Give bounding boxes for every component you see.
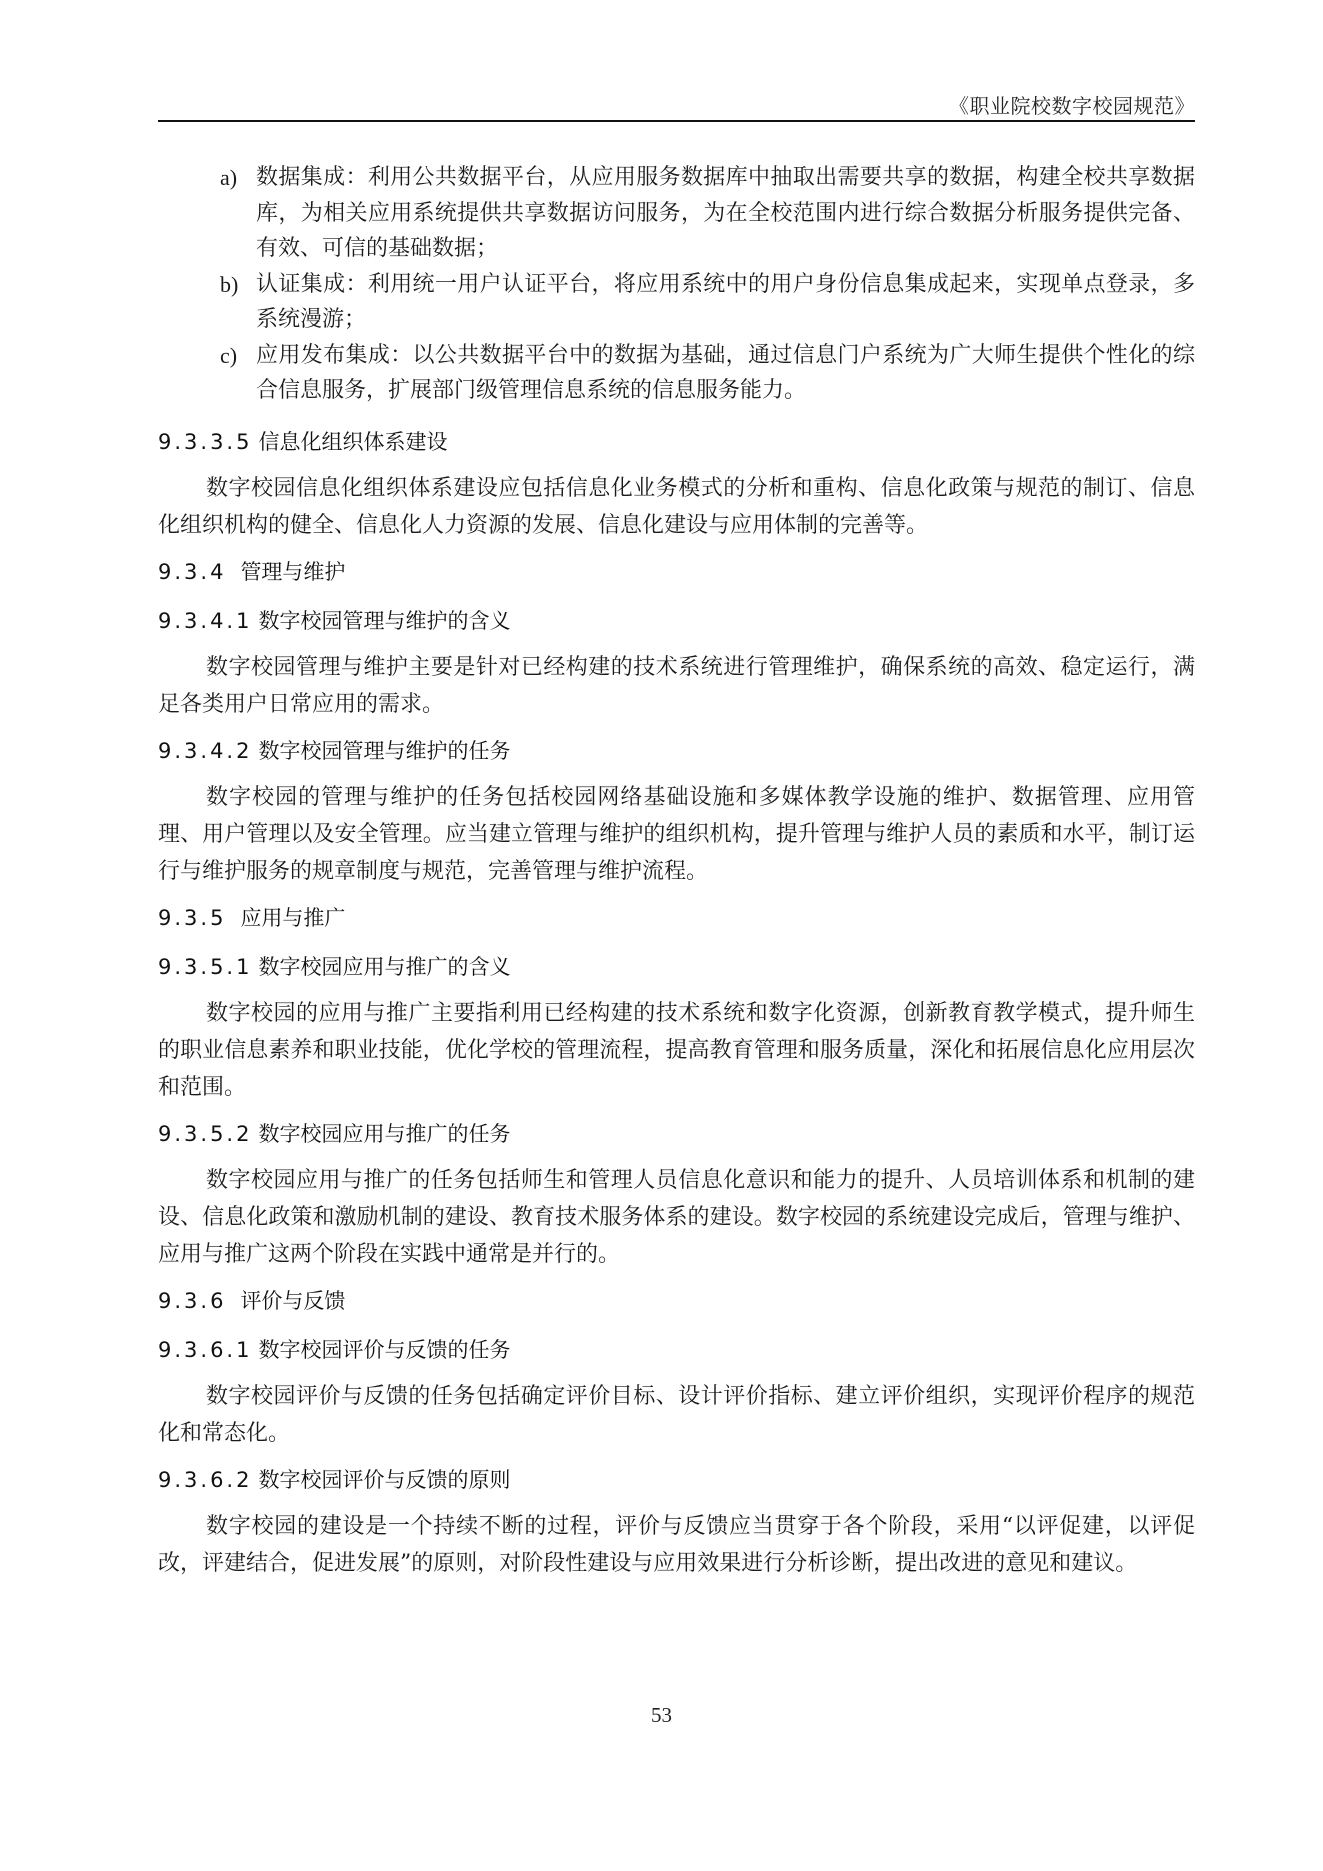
section-heading-9-3-5-2: 9.3.5.2数字校园应用与推广的任务: [158, 1119, 1195, 1149]
list-item-text: 应用发布集成：以公共数据平台中的数据为基础，通过信息门户系统为广大师生提供个性化…: [256, 343, 1195, 404]
section-number: 9.3.4.1: [158, 606, 252, 636]
section-number: 9.3.3.5: [158, 427, 252, 457]
section-paragraph: 数字校园信息化组织体系建设应包括信息化业务模式的分析和重构、信息化政策与规范的制…: [158, 470, 1195, 544]
section-heading-9-3-4: 9.3.4管理与维护: [158, 557, 1195, 587]
integration-list: a) 数据集成：利用公共数据平台，从应用服务数据库中抽取出需要共享的数据，构建全…: [158, 160, 1195, 409]
page-content: a) 数据集成：利用公共数据平台，从应用服务数据库中抽取出需要共享的数据，构建全…: [158, 160, 1195, 1582]
section-number: 9.3.6.2: [158, 1465, 252, 1495]
section-paragraph: 数字校园的管理与维护的任务包括校园网络基础设施和多媒体教学设施的维护、数据管理、…: [158, 779, 1195, 890]
document-page: 《职业院校数字校园规范》 a) 数据集成：利用公共数据平台，从应用服务数据库中抽…: [0, 0, 1323, 1871]
section-title: 信息化组织体系建设: [258, 430, 447, 454]
section-number: 9.3.5.2: [158, 1119, 252, 1149]
section-paragraph: 数字校园的建设是一个持续不断的过程，评价与反馈应当贯穿于各个阶段，采用“以评促建…: [158, 1508, 1195, 1582]
section-heading-9-3-6: 9.3.6评价与反馈: [158, 1286, 1195, 1316]
section-heading-9-3-4-1: 9.3.4.1数字校园管理与维护的含义: [158, 606, 1195, 636]
section-title: 评价与反馈: [240, 1289, 345, 1313]
section-paragraph: 数字校园应用与推广的任务包括师生和管理人员信息化意识和能力的提升、人员培训体系和…: [158, 1162, 1195, 1273]
section-number: 9.3.5: [158, 903, 226, 933]
list-item-auth-integration: b) 认证集成：利用统一用户认证平台，将应用系统中的用户身份信息集成起来，实现单…: [158, 267, 1195, 338]
section-number: 9.3.6: [158, 1286, 226, 1316]
list-item-text: 数据集成：利用公共数据平台，从应用服务数据库中抽取出需要共享的数据，构建全校共享…: [256, 165, 1195, 261]
section-paragraph: 数字校园管理与维护主要是针对已经构建的技术系统进行管理维护，确保系统的高效、稳定…: [158, 649, 1195, 723]
section-title: 数字校园评价与反馈的任务: [258, 1338, 510, 1362]
section-title: 数字校园应用与推广的任务: [258, 1122, 510, 1146]
section-title: 应用与推广: [240, 906, 345, 930]
list-item-data-integration: a) 数据集成：利用公共数据平台，从应用服务数据库中抽取出需要共享的数据，构建全…: [158, 160, 1195, 267]
section-number: 9.3.4.2: [158, 736, 252, 766]
list-item-label: a): [220, 160, 237, 196]
section-heading-9-3-4-2: 9.3.4.2数字校园管理与维护的任务: [158, 736, 1195, 766]
list-item-app-publish-integration: c) 应用发布集成：以公共数据平台中的数据为基础，通过信息门户系统为广大师生提供…: [158, 338, 1195, 409]
section-title: 数字校园评价与反馈的原则: [258, 1468, 510, 1492]
section-paragraph: 数字校园评价与反馈的任务包括确定评价目标、设计评价指标、建立评价组织，实现评价程…: [158, 1378, 1195, 1452]
page-number: 53: [0, 1703, 1323, 1728]
section-title: 数字校园管理与维护的含义: [258, 609, 510, 633]
section-title: 数字校园应用与推广的含义: [258, 955, 510, 979]
section-title: 数字校园管理与维护的任务: [258, 739, 510, 763]
section-heading-9-3-6-1: 9.3.6.1数字校园评价与反馈的任务: [158, 1335, 1195, 1365]
list-item-text: 认证集成：利用统一用户认证平台，将应用系统中的用户身份信息集成起来，实现单点登录…: [256, 272, 1195, 333]
section-heading-9-3-5-1: 9.3.5.1数字校园应用与推广的含义: [158, 952, 1195, 982]
section-number: 9.3.6.1: [158, 1335, 252, 1365]
section-heading-9-3-6-2: 9.3.6.2数字校园评价与反馈的原则: [158, 1465, 1195, 1495]
section-title: 管理与维护: [240, 560, 345, 584]
section-heading-9-3-3-5: 9.3.3.5信息化组织体系建设: [158, 427, 1195, 457]
running-header: 《职业院校数字校园规范》: [158, 92, 1195, 122]
section-number: 9.3.4: [158, 557, 226, 587]
list-item-label: c): [220, 338, 237, 374]
section-heading-9-3-5: 9.3.5应用与推广: [158, 903, 1195, 933]
list-item-label: b): [220, 267, 238, 303]
section-paragraph: 数字校园的应用与推广主要指利用已经构建的技术系统和数字化资源，创新教育教学模式，…: [158, 995, 1195, 1106]
document-title: 《职业院校数字校园规范》: [949, 95, 1195, 117]
section-number: 9.3.5.1: [158, 952, 252, 982]
